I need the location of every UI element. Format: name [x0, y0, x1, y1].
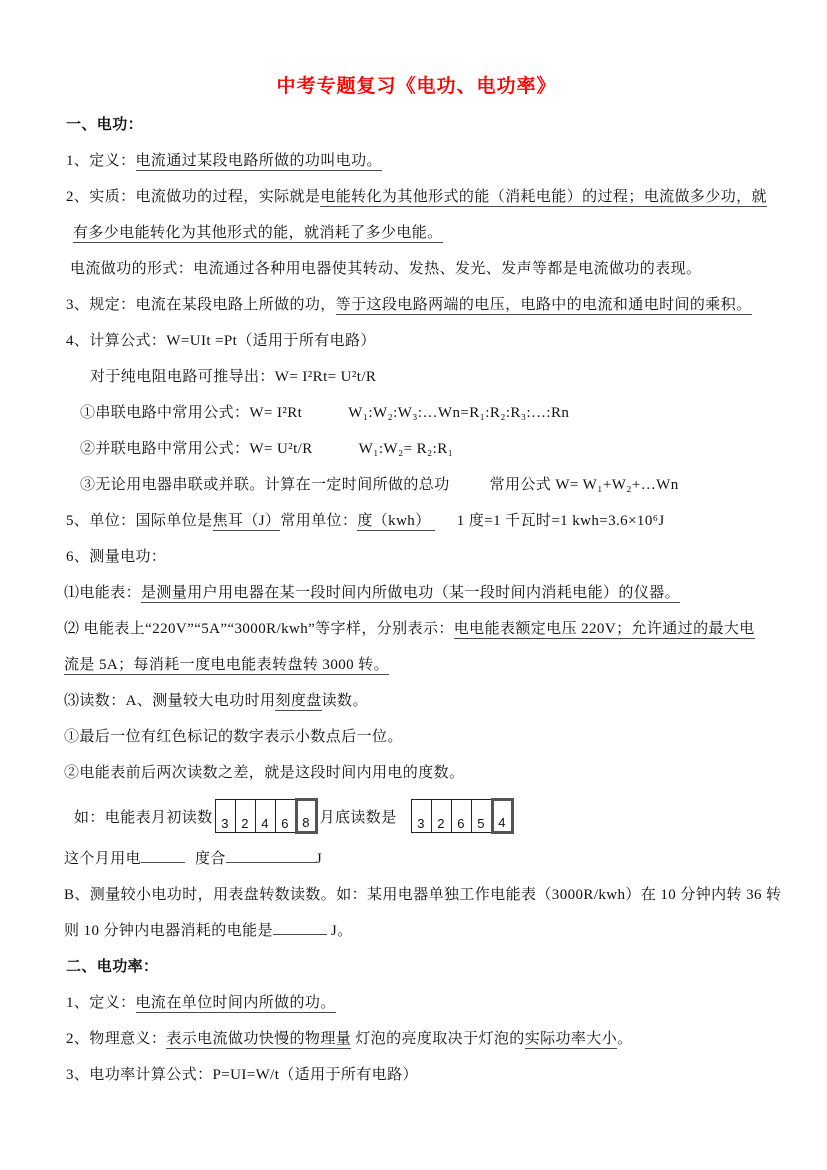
essence-underlined-cont: 有多少电能转化为其他形式的能，就消耗了多少电能。	[73, 225, 443, 243]
paragraph-reading: ⑶读数：A、测量较大电功时用刻度盘读数。	[64, 683, 769, 719]
power-def-label: 1、定义：	[66, 995, 136, 1011]
meter-digit: 4	[255, 799, 276, 833]
paragraph-total-work: ③无论用电器串联或并联。计算在一定时间所做的总功常用公式 W= W₁+W₂+…W…	[64, 467, 769, 503]
meter-digit: 2	[235, 799, 256, 833]
meter-digit: 6	[451, 799, 472, 833]
meter-digit: 6	[275, 799, 296, 833]
paragraph-parallel-formula: ②并联电路中常用公式：W= U²t/RW₁:W₂= R₂:R₁	[64, 431, 769, 467]
paragraph-small-measure-line1: B、测量较小电功时，用表盘转数读数。如：某用电器单独工作电能表（3000R/kw…	[64, 877, 769, 913]
meter-example-row: 如：电能表月初读数 3 2 4 6 8 月底读数是 3 2 6 5 4	[64, 791, 769, 841]
paragraph-work-forms: 电流做功的形式：电流通过各种用电器使其转动、发热、发光、发声等都是电流做功的表现…	[64, 251, 769, 287]
paragraph-note-difference: ②电能表前后两次读数之差，就是这段时间内用电的度数。	[64, 755, 769, 791]
essence-underlined: 电能转化为其他形式的能（消耗电能）的过程；电流做多少功，就	[320, 189, 767, 207]
paragraph-meter-marks-line1: ⑵ 电能表上“220V”“5A”“3000R/kwh”等字样，分别表示：电电能表…	[64, 611, 769, 647]
units-plain2: 常用单位：	[280, 513, 357, 529]
paragraph-monthly-usage: 这个月用电度合J	[64, 841, 769, 877]
paragraph-definition: 1、定义：电流通过某段电路所做的功叫电功。	[64, 143, 769, 179]
fill-blank-joules	[226, 847, 316, 863]
meter-digit: 3	[215, 799, 236, 833]
section1-heading: 一、电功：	[64, 107, 769, 143]
paragraph-note-red-digit: ①最后一位有红色标记的数字表示小数点后一位。	[64, 719, 769, 755]
document-page: 中考专题复习《电功、电功率》 一、电功： 1、定义：电流通过某段电路所做的功叫电…	[0, 0, 827, 1170]
power-meaning-underlined2: 实际功率大小	[525, 1031, 617, 1049]
usage-unit: J	[316, 851, 322, 867]
parallel-ratio: W₁:W₂= R₂:R₁	[359, 441, 454, 457]
usage-text1: 这个月用电	[64, 851, 141, 867]
power-def-text: 电流在单位时间内所做的功。	[136, 995, 336, 1013]
meter-def-label: ⑴电能表：	[64, 585, 141, 601]
paragraph-power-definition: 1、定义：电流在单位时间内所做的功。	[64, 985, 769, 1021]
paragraph-meter-marks-line2: 流是 5A；每消耗一度电电能表转盘转 3000 转。	[64, 647, 769, 683]
small-measure-text: 则 10 分钟内电器消耗的电能是	[64, 923, 273, 939]
series-formula: ①串联电路中常用公式：W= I²Rt	[80, 405, 302, 421]
reading-plain2: 读数。	[322, 693, 368, 709]
paragraph-formula: 4、计算公式：W=UIt =Pt（适用于所有电路）	[64, 323, 769, 359]
meter-marks-plain: ⑵ 电能表上“220V”“5A”“3000R/kwh”等字样，分别表示：	[64, 621, 454, 637]
paragraph-power-meaning: 2、物理意义：表示电流做功快慢的物理量 灯泡的亮度取决于灯泡的实际功率大小。	[64, 1021, 769, 1057]
paragraph-rule: 3、规定：电流在某段电路上所做的功，等于这段电路两端的电压，电路中的电流和通电时…	[64, 287, 769, 323]
paragraph-measure-heading: 6、测量电功：	[64, 539, 769, 575]
units-plain1: 5、单位：国际单位是	[66, 513, 213, 529]
paragraph-units: 5、单位：国际单位是焦耳（J）常用单位：度（kwh） 1 度=1 千瓦时=1 k…	[64, 503, 769, 539]
reading-plain1: ⑶读数：A、测量较大电功时用	[64, 693, 275, 709]
paragraph-small-measure-line2: 则 10 分钟内电器消耗的电能是J。	[64, 913, 769, 949]
meter-digit-decimal: 4	[491, 798, 514, 834]
definition-text: 电流通过某段电路所做的功叫电功。	[136, 153, 382, 171]
rule-plain: 3、规定：电流在某段电路上所做的功，	[66, 297, 336, 313]
meter-start-reading: 3 2 4 6 8	[215, 798, 318, 834]
parallel-formula: ②并联电路中常用公式：W= U²t/R	[80, 441, 313, 457]
meter-def-text: 是测量用户用电器在某一段时间内所做电功（某一段时间内消耗电能）的仪器。	[141, 585, 680, 603]
units-joule: 焦耳（J）	[213, 513, 281, 531]
meter-marks-underlined-cont: 流是 5A；每消耗一度电电能表转盘转 3000 转。	[64, 657, 389, 675]
paragraph-series-formula: ①串联电路中常用公式：W= I²RtW₁:W₂:W₃:…Wn=R₁:R₂:R₃:…	[64, 395, 769, 431]
paragraph-power-formula: 3、电功率计算公式：P=UI=W/t（适用于所有电路）	[64, 1057, 769, 1093]
meter-digit: 3	[411, 799, 432, 833]
meter-marks-underlined: 电电能表额定电压 220V；允许通过的最大电	[454, 621, 755, 639]
meter-digit: 2	[431, 799, 452, 833]
power-meaning-plain: 灯泡的亮度取决于灯泡的	[351, 1031, 525, 1047]
paragraph-meter-definition: ⑴电能表：是测量用户用电器在某一段时间内所做电功（某一段时间内消耗电能）的仪器。	[64, 575, 769, 611]
units-conversion: 1 度=1 千瓦时=1 kwh=3.6×10⁶J	[457, 513, 665, 529]
power-meaning-period: 。	[617, 1031, 632, 1047]
total-work-formula: 常用公式 W= W₁+W₂+…Wn	[490, 477, 679, 493]
small-measure-unit: J。	[331, 923, 353, 939]
reading-dial: 刻度盘	[275, 693, 321, 711]
paragraph-derivation: 对于纯电阻电路可推导出：W= I²Rt= U²t/R	[64, 359, 769, 395]
meter-example-middle: 月底读数是	[320, 806, 397, 827]
essence-plain: 2、实质：电流做功的过程，实际就是	[66, 189, 320, 205]
meter-digit-decimal: 8	[295, 798, 318, 834]
section2-heading: 二、电功率：	[64, 949, 769, 985]
power-meaning-underlined1: 表示电流做功快慢的物理量	[166, 1031, 351, 1049]
paragraph-essence-line2: 有多少电能转化为其他形式的能，就消耗了多少电能。	[64, 215, 769, 251]
meter-digit: 5	[471, 799, 492, 833]
fill-blank-degrees	[141, 847, 185, 863]
meter-end-reading: 3 2 6 5 4	[411, 798, 514, 834]
fill-blank-energy	[273, 919, 327, 935]
meter-example-prefix: 如：电能表月初读数	[74, 806, 213, 827]
document-body: 中考专题复习《电功、电功率》 一、电功： 1、定义：电流通过某段电路所做的功叫电…	[0, 0, 827, 1093]
usage-text2: 度合	[195, 851, 226, 867]
rule-underlined: 等于这段电路两端的电压，电路中的电流和通电时间的乘积。	[336, 297, 752, 315]
page-title: 中考专题复习《电功、电功率》	[64, 74, 769, 100]
paragraph-essence-line1: 2、实质：电流做功的过程，实际就是电能转化为其他形式的能（消耗电能）的过程；电流…	[64, 179, 769, 215]
power-meaning-label: 2、物理意义：	[66, 1031, 166, 1047]
total-work-text: ③无论用电器串联或并联。计算在一定时间所做的总功	[80, 477, 450, 493]
units-kwh: 度（kwh）	[357, 513, 434, 531]
definition-label: 1、定义：	[66, 153, 136, 169]
series-ratio: W₁:W₂:W₃:…Wn=R₁:R₂:R₃:…:Rn	[348, 405, 569, 421]
